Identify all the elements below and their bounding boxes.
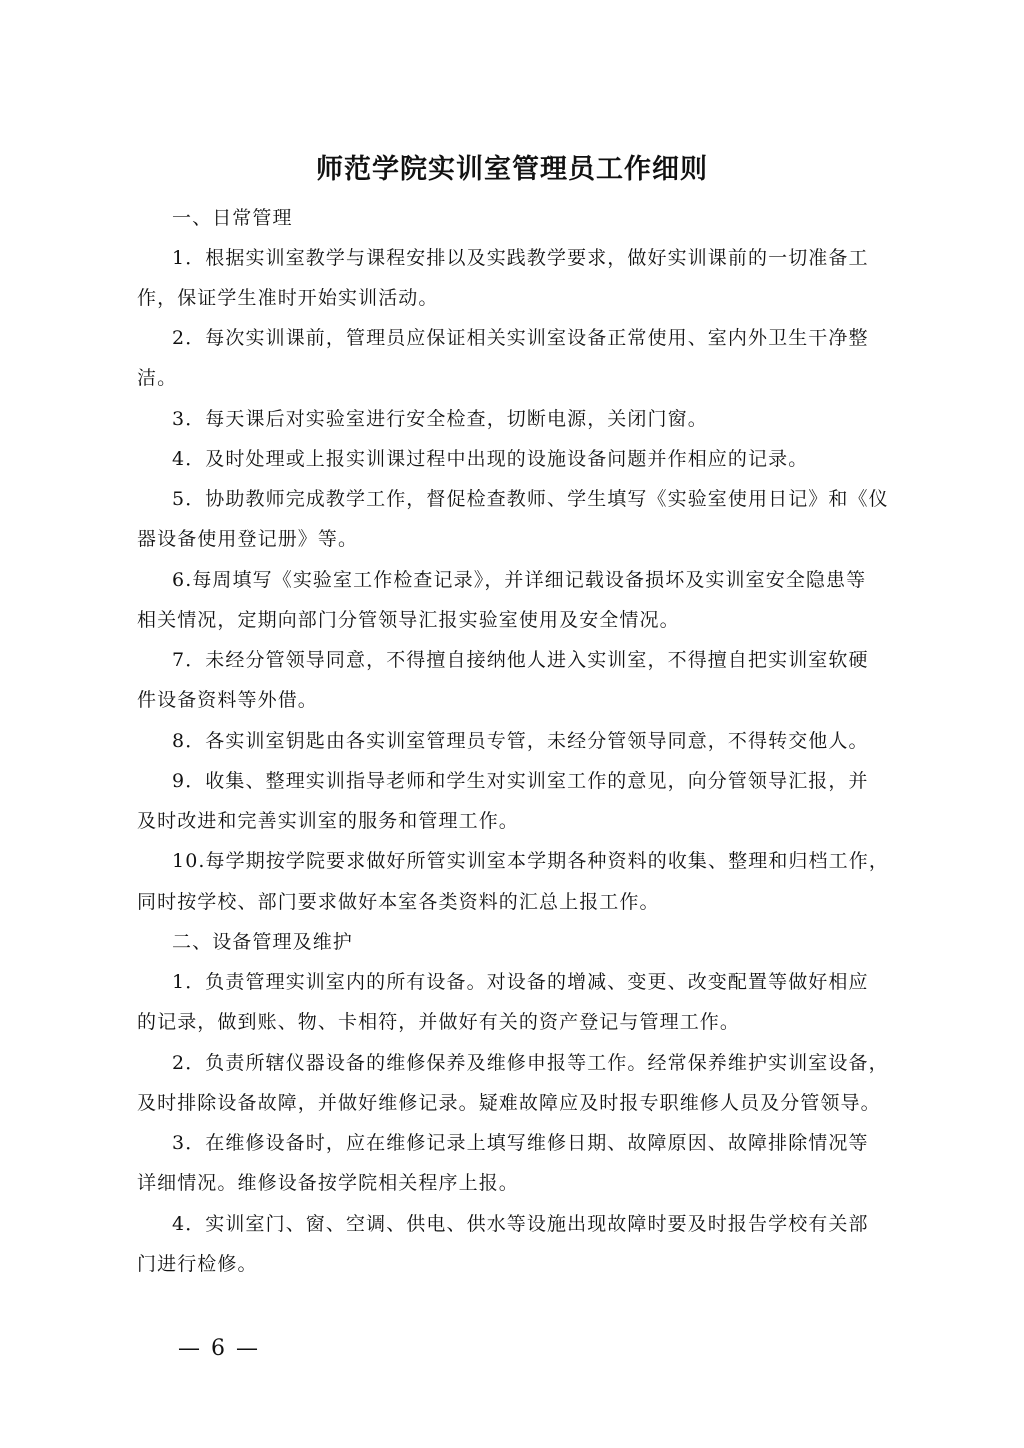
paragraph-line: 4．实训室门、窗、空调、供电、供水等设施出现故障时要及时报告学校有关部 — [172, 1209, 897, 1239]
paragraph-line: 的记录，做到账、物、卡相符，并做好有关的资产登记与管理工作。 — [137, 1007, 897, 1037]
paragraph-line: 7．未经分管领导同意，不得擅自接纳他人进入实训室，不得擅自把实训室软硬 — [172, 645, 897, 675]
section-heading-equipment-maintenance: 二、设备管理及维护 — [172, 927, 897, 957]
paragraph-line: 门进行检修。 — [137, 1249, 897, 1279]
paragraph-line: 4．及时处理或上报实训课过程中出现的设施设备问题并作相应的记录。 — [172, 444, 897, 474]
section-heading-daily-management: 一、日常管理 — [172, 203, 897, 233]
paragraph-line: 5．协助教师完成教学工作，督促检查教师、学生填写《实验室使用日记》和《仪 — [172, 484, 897, 514]
paragraph-line: 洁。 — [137, 363, 897, 393]
paragraph-line: 9．收集、整理实训指导老师和学生对实训室工作的意见，向分管领导汇报，并 — [172, 766, 897, 796]
paragraph-line: 3．在维修设备时，应在维修记录上填写维修日期、故障原因、故障排除情况等 — [172, 1128, 897, 1158]
document-page: 师范学院实训室管理员工作细则 一、日常管理 1．根据实训室教学与课程安排以及实践… — [0, 0, 1024, 1448]
paragraph-line: 及时改进和完善实训室的服务和管理工作。 — [137, 806, 897, 836]
paragraph-line: 器设备使用登记册》等。 — [137, 524, 897, 554]
paragraph-line: 8．各实训室钥匙由各实训室管理员专管，未经分管领导同意，不得转交他人。 — [172, 726, 897, 756]
paragraph-line: 10.每学期按学院要求做好所管实训室本学期各种资料的收集、整理和归档工作， — [172, 846, 897, 876]
paragraph-line: 件设备资料等外借。 — [137, 685, 897, 715]
paragraph-line: 6.每周填写《实验室工作检查记录》，并详细记载设备损坏及实训室安全隐患等 — [172, 565, 897, 595]
paragraph-line: 1．根据实训室教学与课程安排以及实践教学要求，做好实训课前的一切准备工 — [172, 243, 897, 273]
paragraph-line: 同时按学校、部门要求做好本室各类资料的汇总上报工作。 — [137, 887, 897, 917]
document-title: 师范学院实训室管理员工作细则 — [0, 150, 1024, 190]
paragraph-line: 及时排除设备故障，并做好维修记录。疑难故障应及时报专职维修人员及分管领导。 — [137, 1088, 897, 1118]
paragraph-line: 详细情况。维修设备按学院相关程序上报。 — [137, 1168, 897, 1198]
paragraph-line: 1．负责管理实训室内的所有设备。对设备的增减、变更、改变配置等做好相应 — [172, 967, 897, 997]
paragraph-line: 3．每天课后对实验室进行安全检查，切断电源，关闭门窗。 — [172, 404, 897, 434]
paragraph-line: 相关情况，定期向部门分管领导汇报实验室使用及安全情况。 — [137, 605, 897, 635]
paragraph-line: 2．负责所辖仪器设备的维修保养及维修申报等工作。经常保养维护实训室设备， — [172, 1048, 897, 1078]
paragraph-line: 作，保证学生准时开始实训活动。 — [137, 283, 897, 313]
page-number: — 6 — — [178, 1334, 260, 1364]
paragraph-line: 2．每次实训课前，管理员应保证相关实训室设备正常使用、室内外卫生干净整 — [172, 323, 897, 353]
